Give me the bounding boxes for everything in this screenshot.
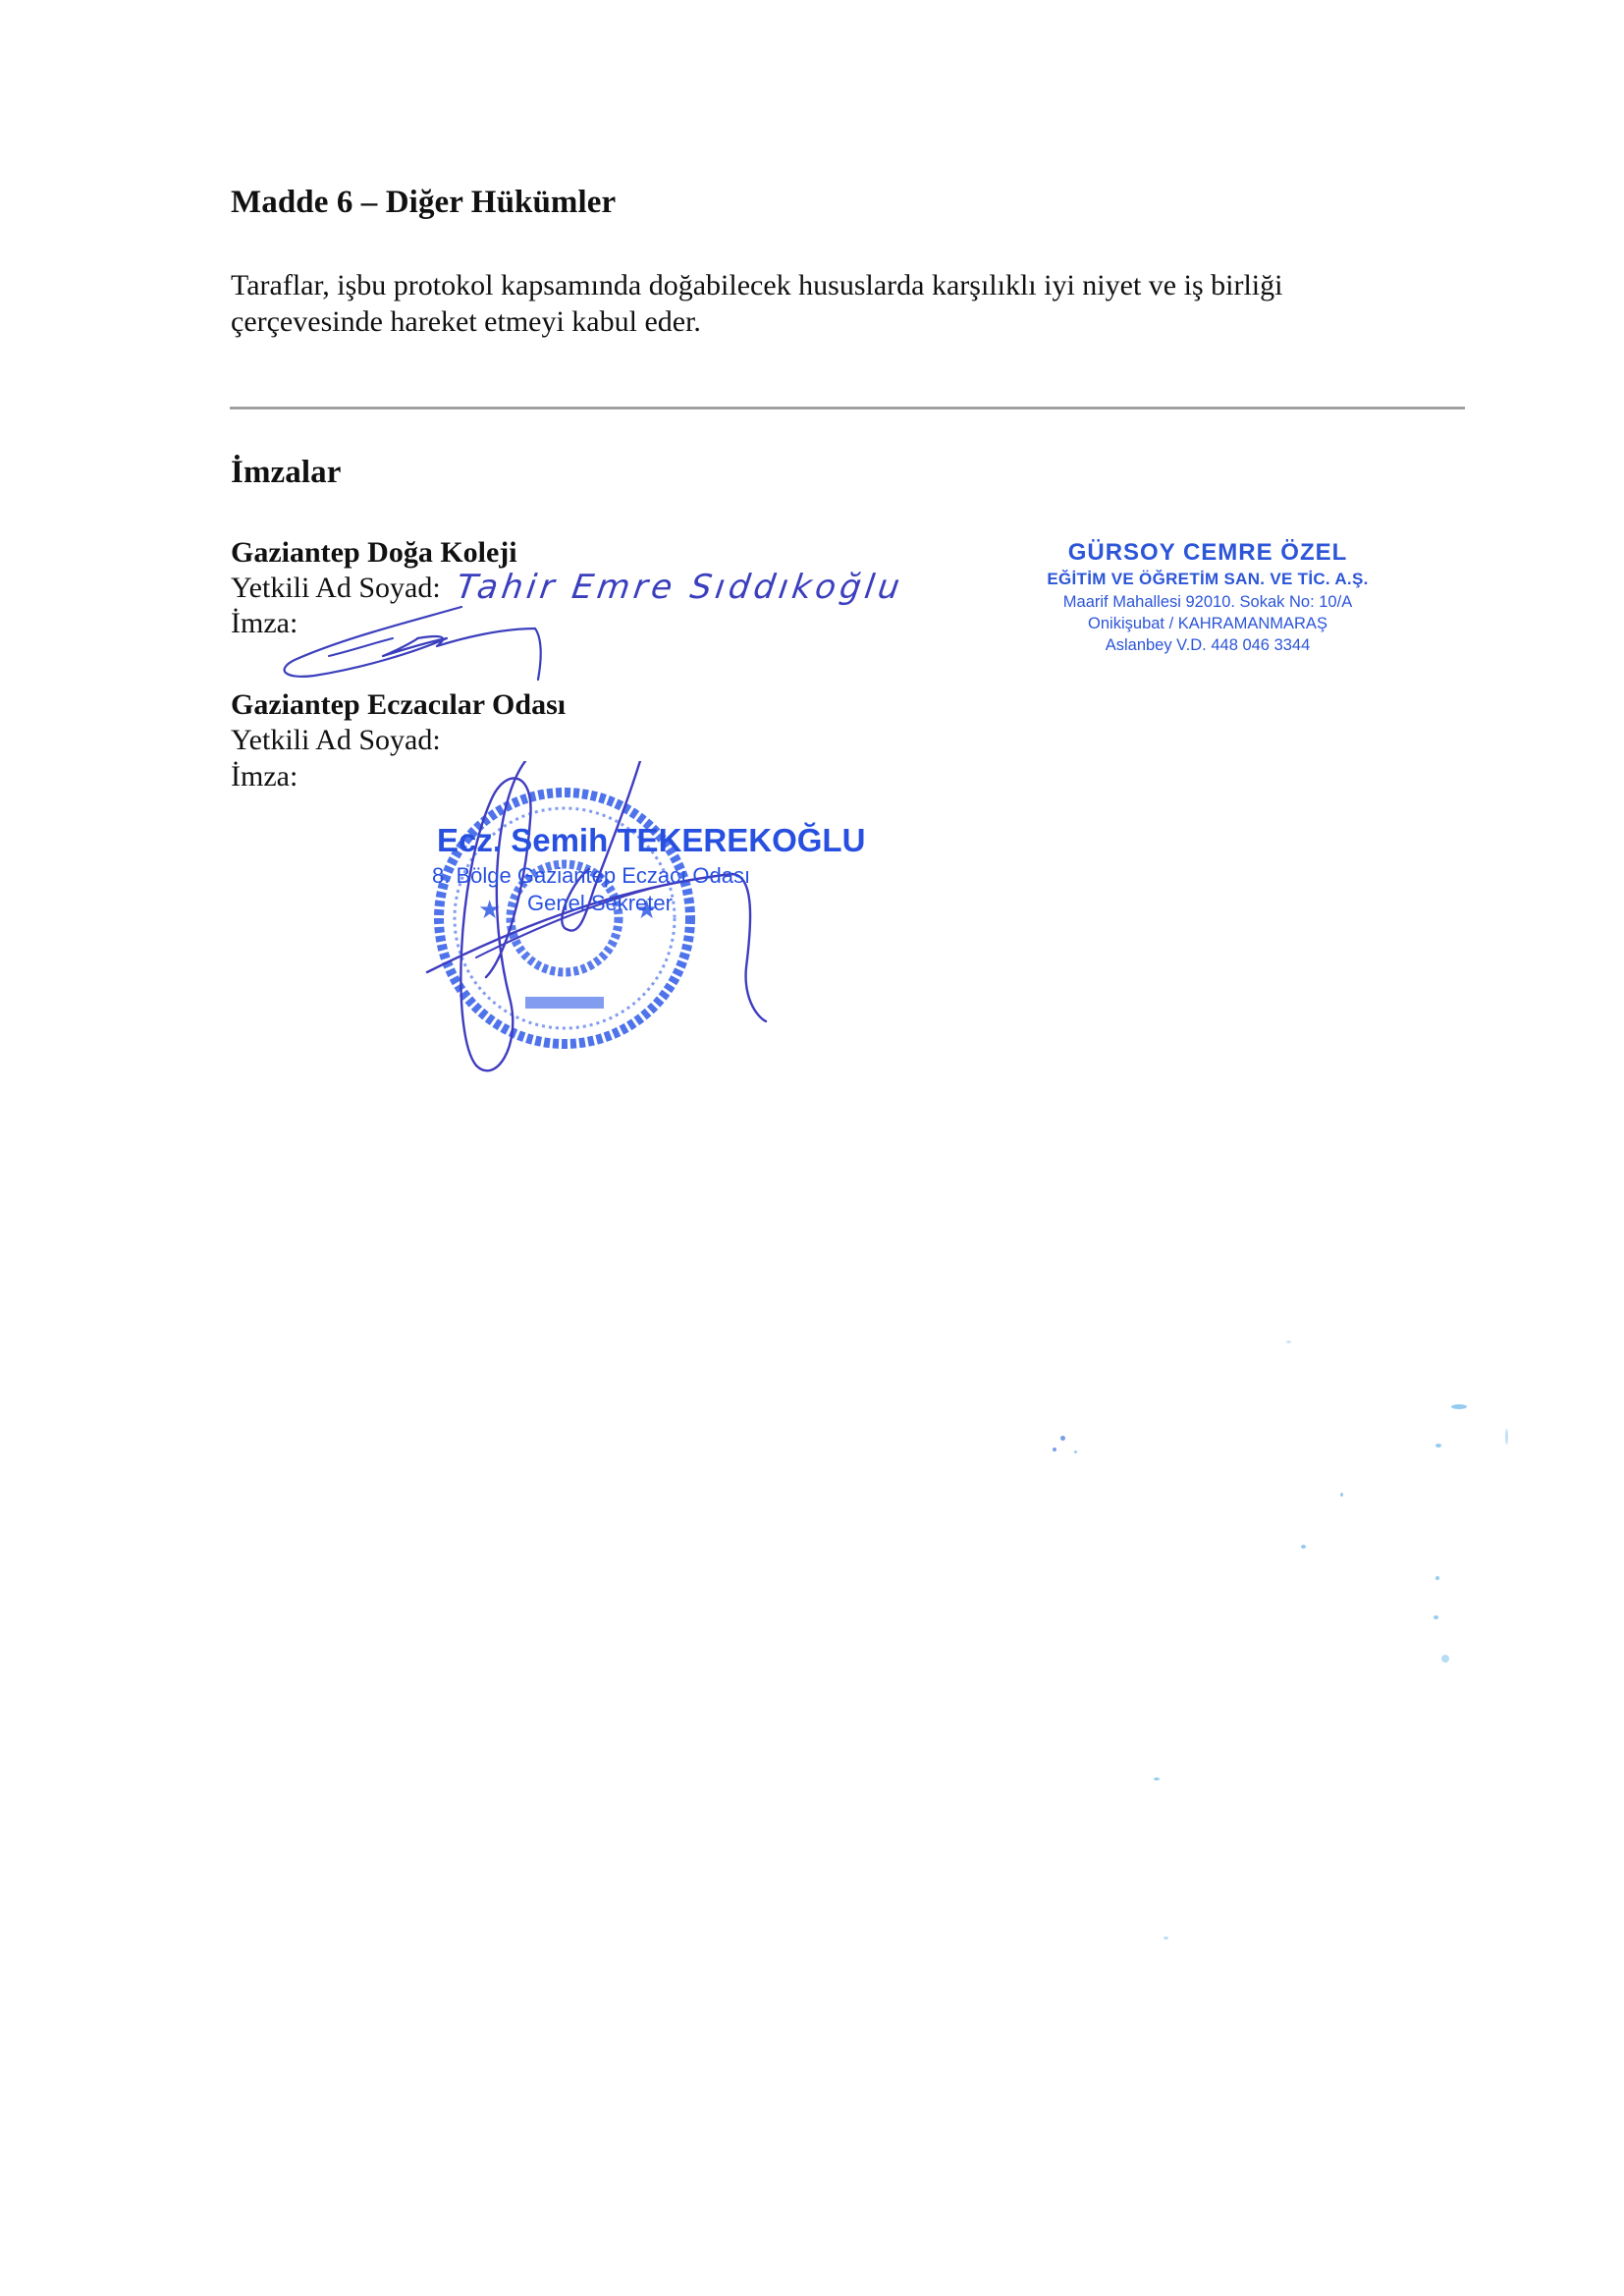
stamp-tax-info: Aslanbey V.D. 448 046 3344 bbox=[992, 634, 1424, 656]
party-1-signature-scribble bbox=[275, 599, 589, 687]
party-2-name-label: Yetkili Ad Soyad: bbox=[231, 724, 441, 757]
stamp-address-street: Maarif Mahallesi 92010. Sokak No: 10/A bbox=[992, 591, 1424, 613]
article-paragraph-line-1: Taraflar, işbu protokol kapsamında doğab… bbox=[231, 267, 1282, 303]
article-paragraph-line-2: çerçevesinde hareket etmeyi kabul eder. bbox=[231, 303, 701, 340]
section-divider bbox=[230, 407, 1465, 410]
party-2-name: Gaziantep Eczacılar Odası bbox=[231, 688, 566, 722]
seal-organization: 8. Bölge Gaziantep Eczacı Odası bbox=[432, 863, 750, 889]
seal-ring-graphic: ★ ★ bbox=[417, 761, 790, 1095]
signatures-heading: İmzalar bbox=[231, 455, 342, 491]
seal-name: Ecz. Semih TEKEREKOĞLU bbox=[437, 822, 865, 859]
stamp-company-name: GÜRSOY CEMRE ÖZEL bbox=[992, 538, 1424, 568]
party-2-signature-label: İmza: bbox=[231, 760, 298, 793]
article-heading: Madde 6 – Diğer Hükümler bbox=[231, 185, 616, 221]
seal-title: Genel Sekreter bbox=[527, 891, 673, 916]
official-seal: ★ ★ Ecz. Semih TEKEREKOĞLU 8. Bölge Gazi… bbox=[417, 761, 790, 1100]
company-stamp: GÜRSOY CEMRE ÖZEL EĞİTİM VE ÖĞRETİM SAN.… bbox=[992, 538, 1424, 656]
party-1-name: Gaziantep Doğa Koleji bbox=[231, 536, 517, 570]
stamp-company-type: EĞİTİM VE ÖĞRETİM SAN. VE TİC. A.Ş. bbox=[992, 568, 1424, 591]
stamp-address-city: Onikişubat / KAHRAMANMARAŞ bbox=[992, 613, 1424, 634]
